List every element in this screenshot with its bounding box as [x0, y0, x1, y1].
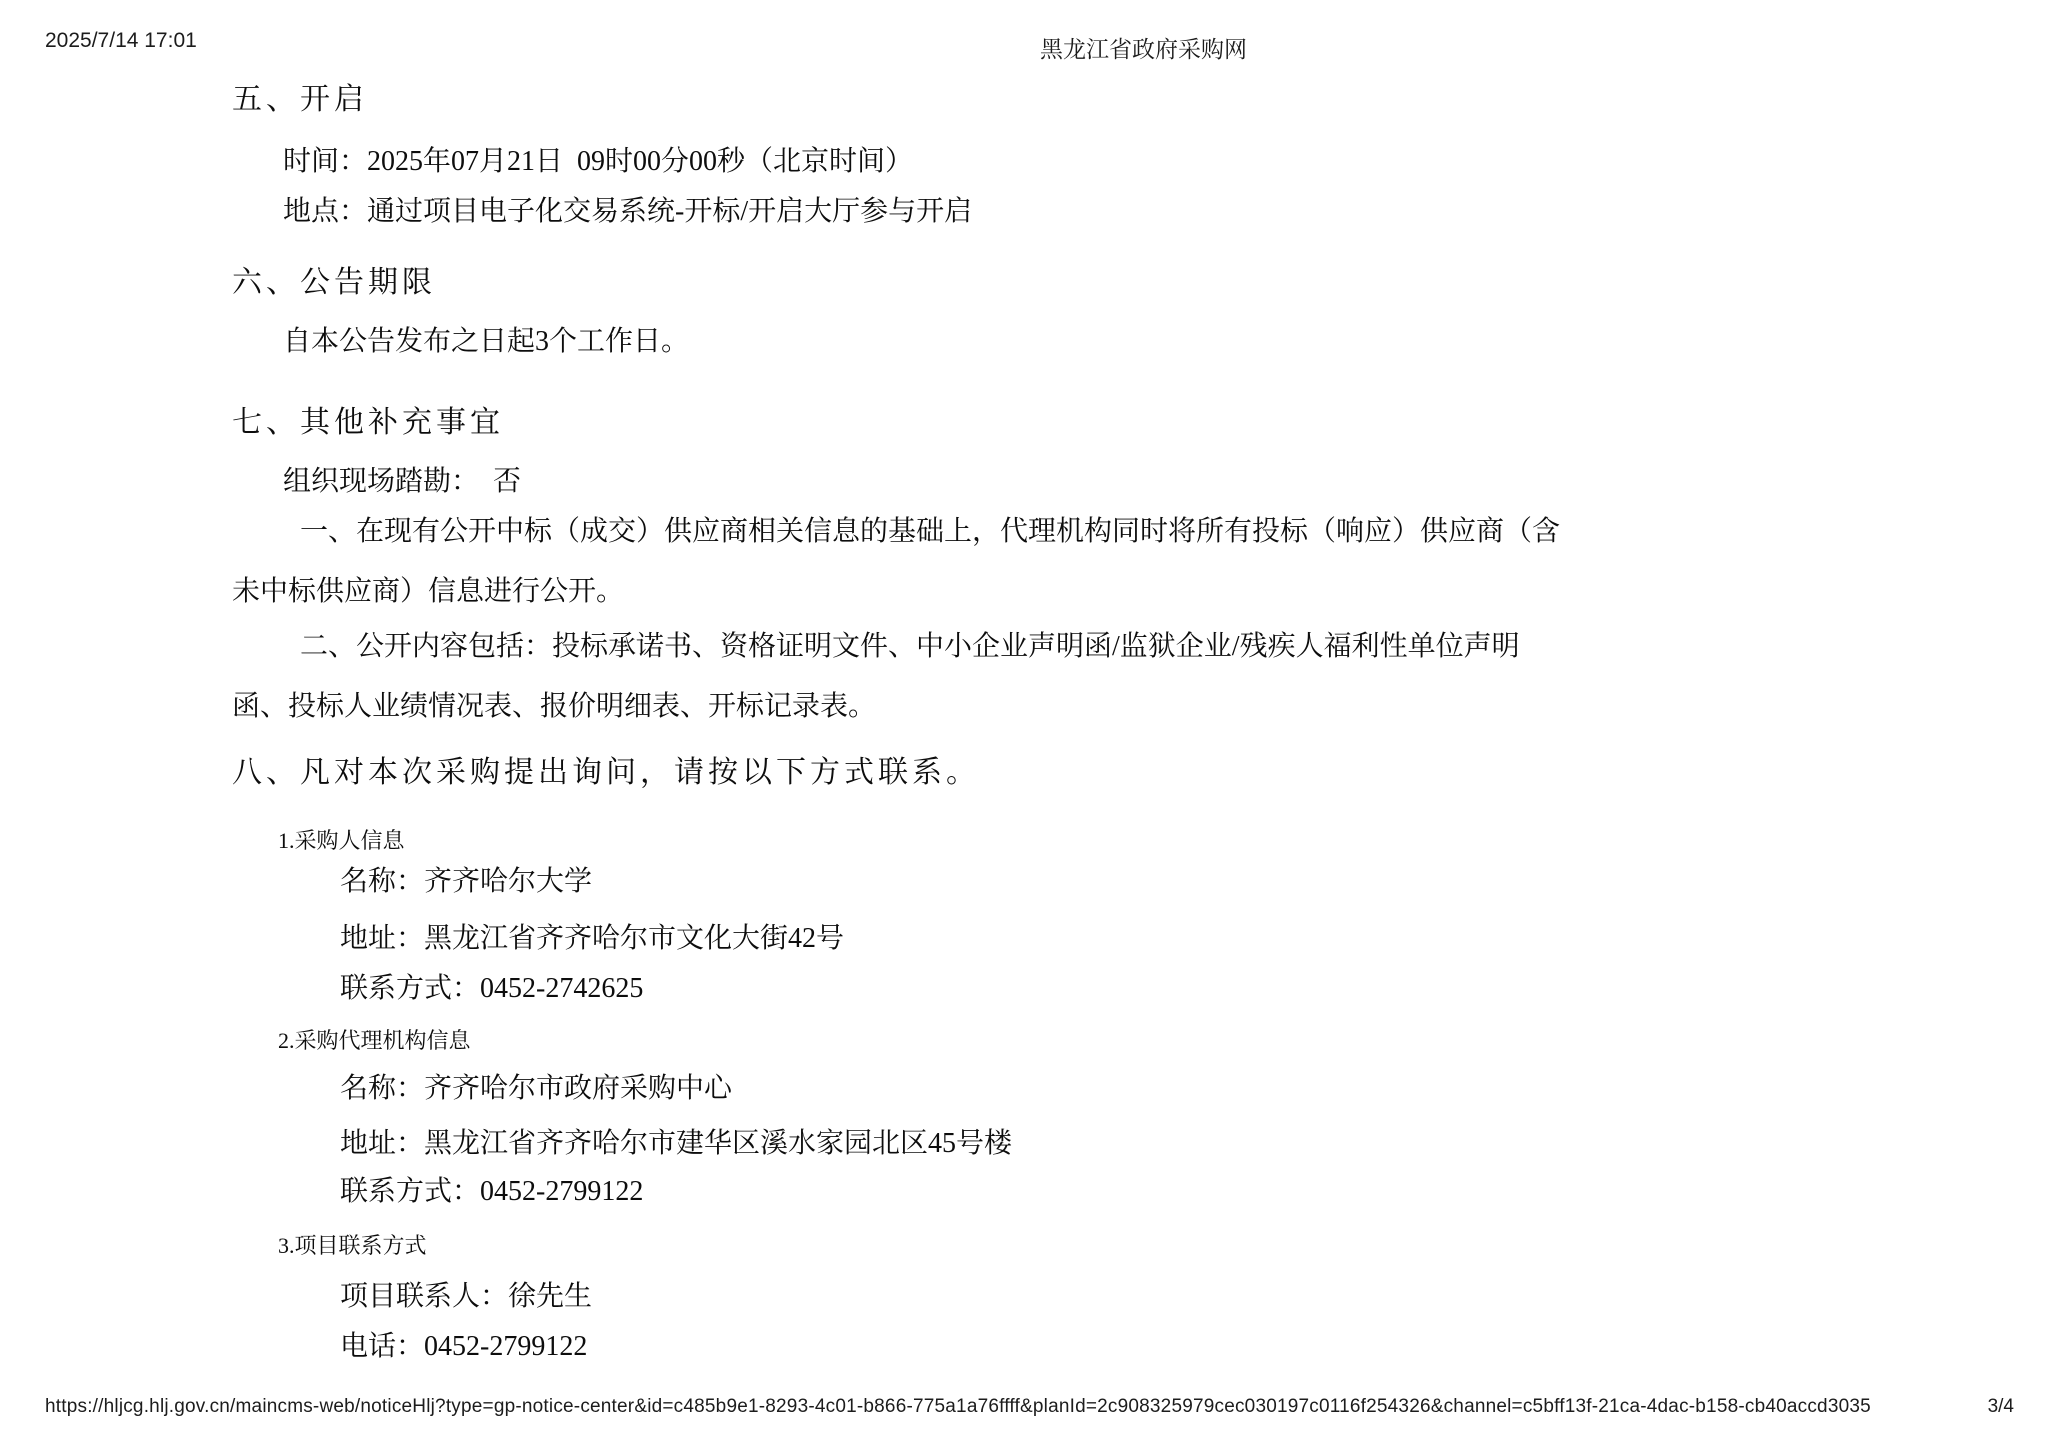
supplement-para1-line2: 未中标供应商）信息进行公开。: [232, 578, 1932, 606]
site-survey-line: 组织现场踏勘： 否: [232, 468, 1932, 496]
print-footer-url: https://hljcg.hlj.gov.cn/maincms-web/not…: [45, 1396, 1871, 1418]
purchaser-contact: 联系方式：0452-2742625: [232, 975, 1932, 1003]
opening-place-line: 地点：通过项目电子化交易系统-开标/开启大厅参与开启: [232, 198, 1932, 226]
notice-period-line: 自本公告发布之日起3个工作日。: [232, 328, 1932, 356]
agency-info-label: 2.采购代理机构信息: [232, 1030, 1932, 1052]
supplement-para2-line1: 二、公开内容包括：投标承诺书、资格证明文件、中小企业声明函/监狱企业/残疾人福利…: [232, 633, 1932, 661]
section-7-heading: 七、其他补充事宜: [232, 408, 1932, 438]
purchaser-address: 地址：黑龙江省齐齐哈尔市文化大街42号: [232, 925, 1932, 953]
print-preview-page: 2025/7/14 17:01 黑龙江省政府采购网 五、开启 时间：2025年0…: [0, 0, 2048, 1447]
section-8-heading: 八、凡对本次采购提出询问，请按以下方式联系。: [232, 758, 1932, 788]
agency-name: 名称：齐齐哈尔市政府采购中心: [232, 1075, 1932, 1103]
project-contact-label: 3.项目联系方式: [232, 1235, 1932, 1257]
supplement-para1-line1: 一、在现有公开中标（成交）供应商相关信息的基础上，代理机构同时将所有投标（响应）…: [232, 518, 1932, 546]
section-5-heading: 五、开启: [232, 85, 1932, 115]
opening-time-line: 时间：2025年07月21日 09时00分00秒（北京时间）: [232, 148, 1932, 176]
supplement-para2-line2: 函、投标人业绩情况表、报价明细表、开标记录表。: [232, 693, 1932, 721]
purchaser-info-label: 1.采购人信息: [232, 830, 1932, 852]
purchaser-name: 名称：齐齐哈尔大学: [232, 868, 1932, 896]
section-6-heading: 六、公告期限: [232, 268, 1932, 298]
notice-document: 五、开启 时间：2025年07月21日 09时00分00秒（北京时间） 地点：通…: [232, 85, 1932, 1361]
page-indicator: 3/4: [1988, 1396, 2014, 1418]
agency-address: 地址：黑龙江省齐齐哈尔市建华区溪水家园北区45号楼: [232, 1130, 1932, 1158]
agency-contact: 联系方式：0452-2799122: [232, 1178, 1932, 1206]
project-contact-phone: 电话：0452-2799122: [232, 1333, 1932, 1361]
print-timestamp: 2025/7/14 17:01: [45, 29, 197, 53]
site-title: 黑龙江省政府采购网: [1040, 31, 1247, 64]
project-contact-person: 项目联系人：徐先生: [232, 1283, 1932, 1311]
